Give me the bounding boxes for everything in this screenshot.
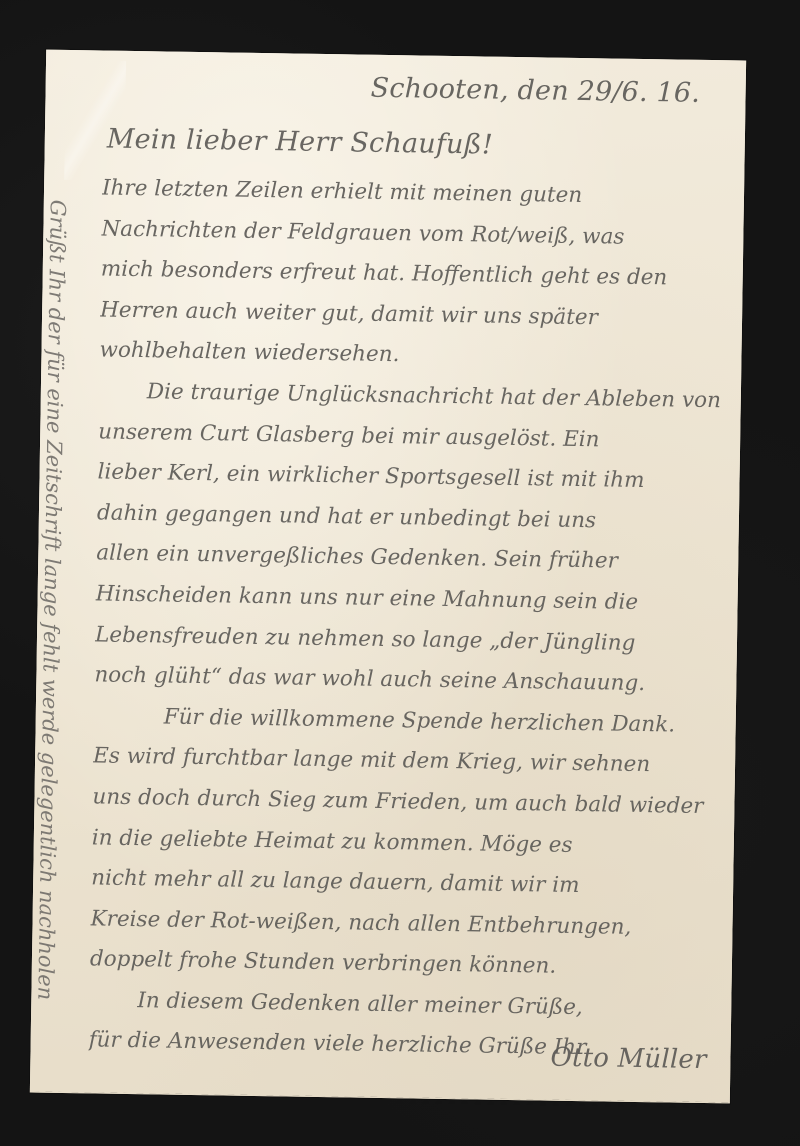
place-date: Schooten, den 29/6. 16. <box>370 73 700 109</box>
signature: Otto Müller <box>550 1043 707 1075</box>
salutation: Mein lieber Herr Schaufuß! <box>107 124 494 161</box>
postcard: Schooten, den 29/6. 16. Mein lieber Herr… <box>30 50 746 1104</box>
letter-body: Ihre letzten Zeilen erhielt mit meinen g… <box>88 168 732 1071</box>
margin-note-vertical: Grüßt Ihr der für eine Zeitschrift lange… <box>20 199 70 1079</box>
scan-background: Schooten, den 29/6. 16. Mein lieber Herr… <box>0 0 800 1146</box>
